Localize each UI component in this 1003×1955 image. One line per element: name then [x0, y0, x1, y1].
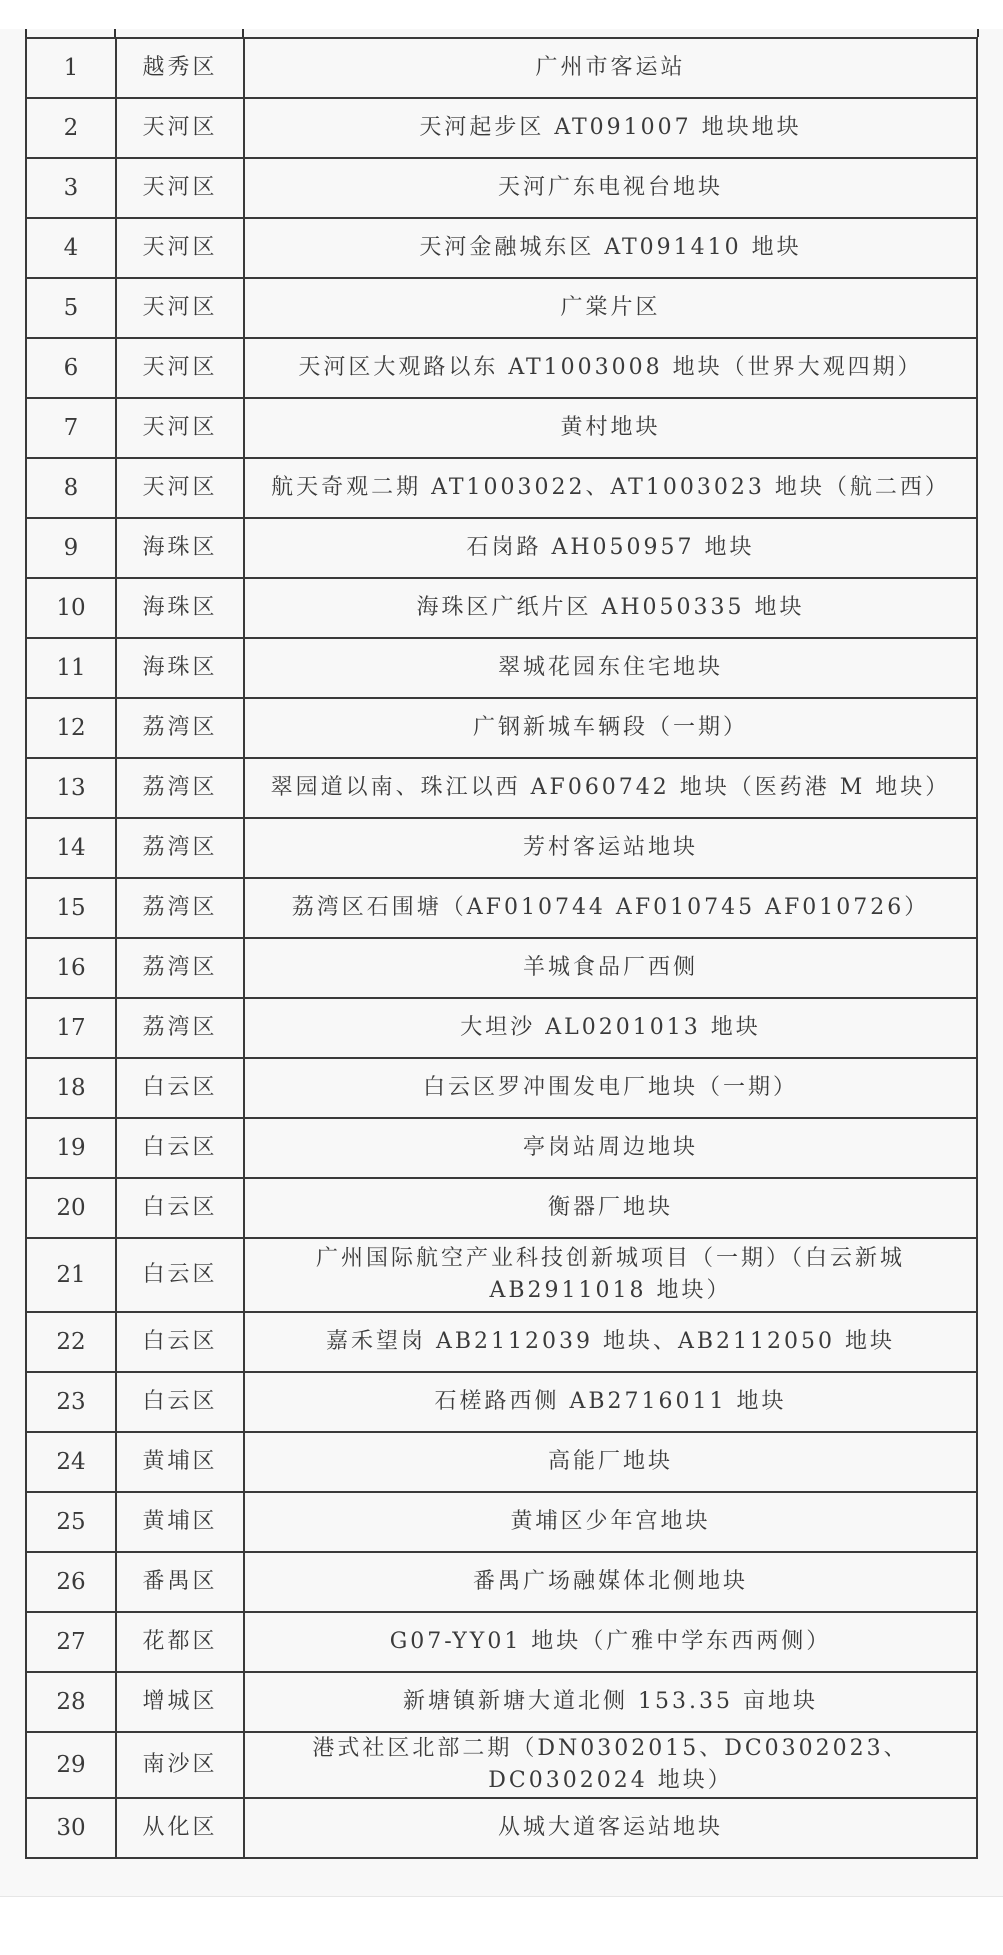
- plot-name-cell: 广棠片区: [244, 278, 977, 338]
- district-cell: 天河区: [116, 398, 244, 458]
- table-row: 28增城区新塘镇新塘大道北侧 153.35 亩地块: [26, 1672, 977, 1732]
- row-number: 20: [26, 1178, 116, 1238]
- table-row: 16荔湾区羊城食品厂西侧: [26, 938, 977, 998]
- bottom-bar: [0, 1896, 1003, 1955]
- plot-name-cell: 高能厂地块: [244, 1432, 977, 1492]
- row-number: 25: [26, 1492, 116, 1552]
- table-row: 2天河区天河起步区 AT091007 地块地块: [26, 98, 977, 158]
- table-row: 14荔湾区芳村客运站地块: [26, 818, 977, 878]
- header-border-stub: [242, 29, 244, 37]
- plot-name-cell: 荔湾区石围塘（AF010744 AF010745 AF010726）: [244, 878, 977, 938]
- header-border-stub: [977, 29, 979, 37]
- district-cell: 天河区: [116, 338, 244, 398]
- district-cell: 海珠区: [116, 518, 244, 578]
- table-row: 9海珠区石岗路 AH050957 地块: [26, 518, 977, 578]
- plot-name-cell: 番禺广场融媒体北侧地块: [244, 1552, 977, 1612]
- table-row: 30从化区从城大道客运站地块: [26, 1798, 977, 1858]
- table-row: 15荔湾区荔湾区石围塘（AF010744 AF010745 AF010726）: [26, 878, 977, 938]
- row-number: 3: [26, 158, 116, 218]
- table-row: 17荔湾区大坦沙 AL0201013 地块: [26, 998, 977, 1058]
- district-cell: 天河区: [116, 158, 244, 218]
- plot-name-cell: 翠园道以南、珠江以西 AF060742 地块（医药港 M 地块）: [244, 758, 977, 818]
- plot-name-cell: 羊城食品厂西侧: [244, 938, 977, 998]
- district-cell: 黄埔区: [116, 1492, 244, 1552]
- row-number: 6: [26, 338, 116, 398]
- row-number: 5: [26, 278, 116, 338]
- table-row: 5天河区广棠片区: [26, 278, 977, 338]
- plot-name-cell: 天河广东电视台地块: [244, 158, 977, 218]
- district-cell: 花都区: [116, 1612, 244, 1672]
- row-number: 15: [26, 878, 116, 938]
- plot-name-cell: 衡器厂地块: [244, 1178, 977, 1238]
- table-row: 24黄埔区高能厂地块: [26, 1432, 977, 1492]
- plot-name-cell: 航天奇观二期 AT1003022、AT1003023 地块（航二西）: [244, 458, 977, 518]
- district-cell: 从化区: [116, 1798, 244, 1858]
- plot-name-cell: 嘉禾望岗 AB2112039 地块、AB2112050 地块: [244, 1312, 977, 1372]
- table-row: 4天河区天河金融城东区 AT091410 地块: [26, 218, 977, 278]
- row-number: 2: [26, 98, 116, 158]
- row-number: 10: [26, 578, 116, 638]
- district-cell: 白云区: [116, 1178, 244, 1238]
- plot-name-cell: 广州市客运站: [244, 38, 977, 98]
- row-number: 1: [26, 38, 116, 98]
- district-cell: 海珠区: [116, 638, 244, 698]
- table-row: 25黄埔区黄埔区少年宫地块: [26, 1492, 977, 1552]
- district-cell: 荔湾区: [116, 878, 244, 938]
- row-number: 9: [26, 518, 116, 578]
- district-cell: 天河区: [116, 278, 244, 338]
- district-cell: 荔湾区: [116, 938, 244, 998]
- table-row: 22白云区嘉禾望岗 AB2112039 地块、AB2112050 地块: [26, 1312, 977, 1372]
- table-row: 21白云区广州国际航空产业科技创新城项目（一期）（白云新城 AB2911018 …: [26, 1238, 977, 1312]
- plot-name-cell: 石岗路 AH050957 地块: [244, 518, 977, 578]
- plot-name-cell: 新塘镇新塘大道北侧 153.35 亩地块: [244, 1672, 977, 1732]
- district-cell: 白云区: [116, 1058, 244, 1118]
- district-cell: 天河区: [116, 98, 244, 158]
- table-row: 11海珠区翠城花园东住宅地块: [26, 638, 977, 698]
- district-cell: 白云区: [116, 1372, 244, 1432]
- plot-name-cell: 天河区大观路以东 AT1003008 地块（世界大观四期）: [244, 338, 977, 398]
- table-row: 20白云区衡器厂地块: [26, 1178, 977, 1238]
- district-cell: 增城区: [116, 1672, 244, 1732]
- land-plot-table: 1越秀区广州市客运站2天河区天河起步区 AT091007 地块地块3天河区天河广…: [25, 37, 978, 1859]
- plot-name-cell: 广钢新城车辆段（一期）: [244, 698, 977, 758]
- plot-name-cell: 翠城花园东住宅地块: [244, 638, 977, 698]
- table-row: 12荔湾区广钢新城车辆段（一期）: [26, 698, 977, 758]
- table-row: 1越秀区广州市客运站: [26, 38, 977, 98]
- district-cell: 荔湾区: [116, 758, 244, 818]
- table-row: 29南沙区港式社区北部二期（DN0302015、DC0302023、DC0302…: [26, 1732, 977, 1798]
- district-cell: 白云区: [116, 1312, 244, 1372]
- row-number: 29: [26, 1732, 116, 1798]
- plot-name-cell: 黄埔区少年宫地块: [244, 1492, 977, 1552]
- table-row: 10海珠区海珠区广纸片区 AH050335 地块: [26, 578, 977, 638]
- table-row: 23白云区石槎路西侧 AB2716011 地块: [26, 1372, 977, 1432]
- district-cell: 越秀区: [116, 38, 244, 98]
- row-number: 11: [26, 638, 116, 698]
- plot-name-cell: 港式社区北部二期（DN0302015、DC0302023、DC0302024 地…: [244, 1732, 977, 1798]
- row-number: 30: [26, 1798, 116, 1858]
- district-cell: 黄埔区: [116, 1432, 244, 1492]
- row-number: 8: [26, 458, 116, 518]
- plot-name-cell: 大坦沙 AL0201013 地块: [244, 998, 977, 1058]
- district-cell: 天河区: [116, 458, 244, 518]
- district-cell: 番禺区: [116, 1552, 244, 1612]
- plot-name-cell: 黄村地块: [244, 398, 977, 458]
- row-number: 22: [26, 1312, 116, 1372]
- row-number: 27: [26, 1612, 116, 1672]
- table-row: 13荔湾区翠园道以南、珠江以西 AF060742 地块（医药港 M 地块）: [26, 758, 977, 818]
- plot-name-cell: 天河金融城东区 AT091410 地块: [244, 218, 977, 278]
- table-row: 27花都区G07-YY01 地块（广雅中学东西两侧）: [26, 1612, 977, 1672]
- plot-name-cell: 广州国际航空产业科技创新城项目（一期）（白云新城 AB2911018 地块）: [244, 1238, 977, 1312]
- district-cell: 荔湾区: [116, 698, 244, 758]
- row-number: 23: [26, 1372, 116, 1432]
- table-row: 3天河区天河广东电视台地块: [26, 158, 977, 218]
- district-cell: 海珠区: [116, 578, 244, 638]
- district-cell: 天河区: [116, 218, 244, 278]
- row-number: 13: [26, 758, 116, 818]
- district-cell: 荔湾区: [116, 818, 244, 878]
- plot-name-cell: 海珠区广纸片区 AH050335 地块: [244, 578, 977, 638]
- district-cell: 荔湾区: [116, 998, 244, 1058]
- plot-name-cell: G07-YY01 地块（广雅中学东西两侧）: [244, 1612, 977, 1672]
- table-row: 18白云区白云区罗冲围发电厂地块（一期）: [26, 1058, 977, 1118]
- table-row: 8天河区航天奇观二期 AT1003022、AT1003023 地块（航二西）: [26, 458, 977, 518]
- row-number: 17: [26, 998, 116, 1058]
- plot-name-cell: 芳村客运站地块: [244, 818, 977, 878]
- district-cell: 白云区: [116, 1118, 244, 1178]
- row-number: 16: [26, 938, 116, 998]
- plot-name-cell: 天河起步区 AT091007 地块地块: [244, 98, 977, 158]
- header-border-stub: [25, 29, 27, 37]
- row-number: 12: [26, 698, 116, 758]
- row-number: 26: [26, 1552, 116, 1612]
- row-number: 18: [26, 1058, 116, 1118]
- table-row: 6天河区天河区大观路以东 AT1003008 地块（世界大观四期）: [26, 338, 977, 398]
- row-number: 21: [26, 1238, 116, 1312]
- district-cell: 白云区: [116, 1238, 244, 1312]
- top-bar: [0, 0, 1003, 30]
- row-number: 4: [26, 218, 116, 278]
- table-row: 26番禺区番禺广场融媒体北侧地块: [26, 1552, 977, 1612]
- plot-name-cell: 白云区罗冲围发电厂地块（一期）: [244, 1058, 977, 1118]
- table-row: 7天河区黄村地块: [26, 398, 977, 458]
- row-number: 14: [26, 818, 116, 878]
- row-number: 28: [26, 1672, 116, 1732]
- plot-name-cell: 石槎路西侧 AB2716011 地块: [244, 1372, 977, 1432]
- table-row: 19白云区亭岗站周边地块: [26, 1118, 977, 1178]
- plot-name-cell: 亭岗站周边地块: [244, 1118, 977, 1178]
- header-border-stub: [114, 29, 116, 37]
- row-number: 24: [26, 1432, 116, 1492]
- plot-name-cell: 从城大道客运站地块: [244, 1798, 977, 1858]
- row-number: 7: [26, 398, 116, 458]
- district-cell: 南沙区: [116, 1732, 244, 1798]
- row-number: 19: [26, 1118, 116, 1178]
